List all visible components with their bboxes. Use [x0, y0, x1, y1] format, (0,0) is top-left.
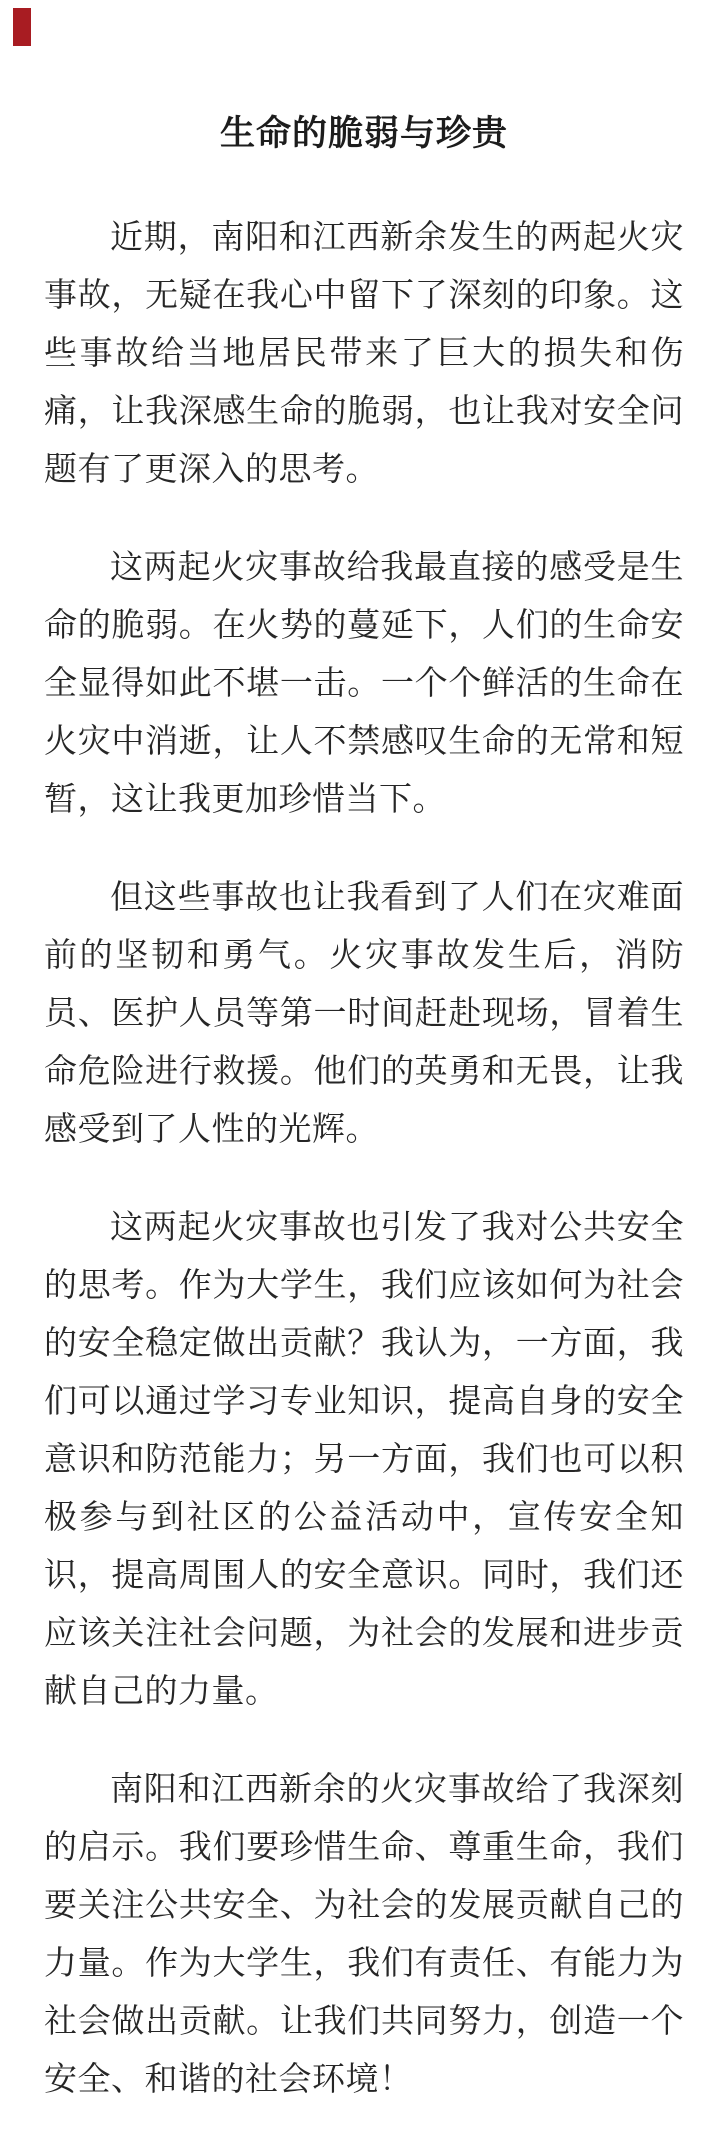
essay-title: 生命的脆弱与珍贵 — [44, 112, 684, 155]
essay-page: 生命的脆弱与珍贵 近期，南阳和江西新余发生的两起火灾事故，无疑在我心中留下了深刻… — [0, 0, 717, 2132]
essay-paragraph: 但这些事故也让我看到了人们在灾难面前的坚韧和勇气。火灾事故发生后，消防员、医护人… — [44, 869, 684, 1159]
red-corner-marker — [13, 8, 31, 46]
essay-paragraph: 这两起火灾事故给我最直接的感受是生命的脆弱。在火势的蔓延下，人们的生命安全显得如… — [44, 539, 684, 829]
essay-body: 近期，南阳和江西新余发生的两起火灾事故，无疑在我心中留下了深刻的印象。这些事故给… — [44, 209, 684, 2109]
essay-paragraph: 近期，南阳和江西新余发生的两起火灾事故，无疑在我心中留下了深刻的印象。这些事故给… — [44, 209, 684, 499]
essay-paragraph: 南阳和江西新余的火灾事故给了我深刻的启示。我们要珍惜生命、尊重生命，我们要关注公… — [44, 1761, 684, 2109]
essay-paragraph: 这两起火灾事故也引发了我对公共安全的思考。作为大学生，我们应该如何为社会的安全稳… — [44, 1199, 684, 1721]
